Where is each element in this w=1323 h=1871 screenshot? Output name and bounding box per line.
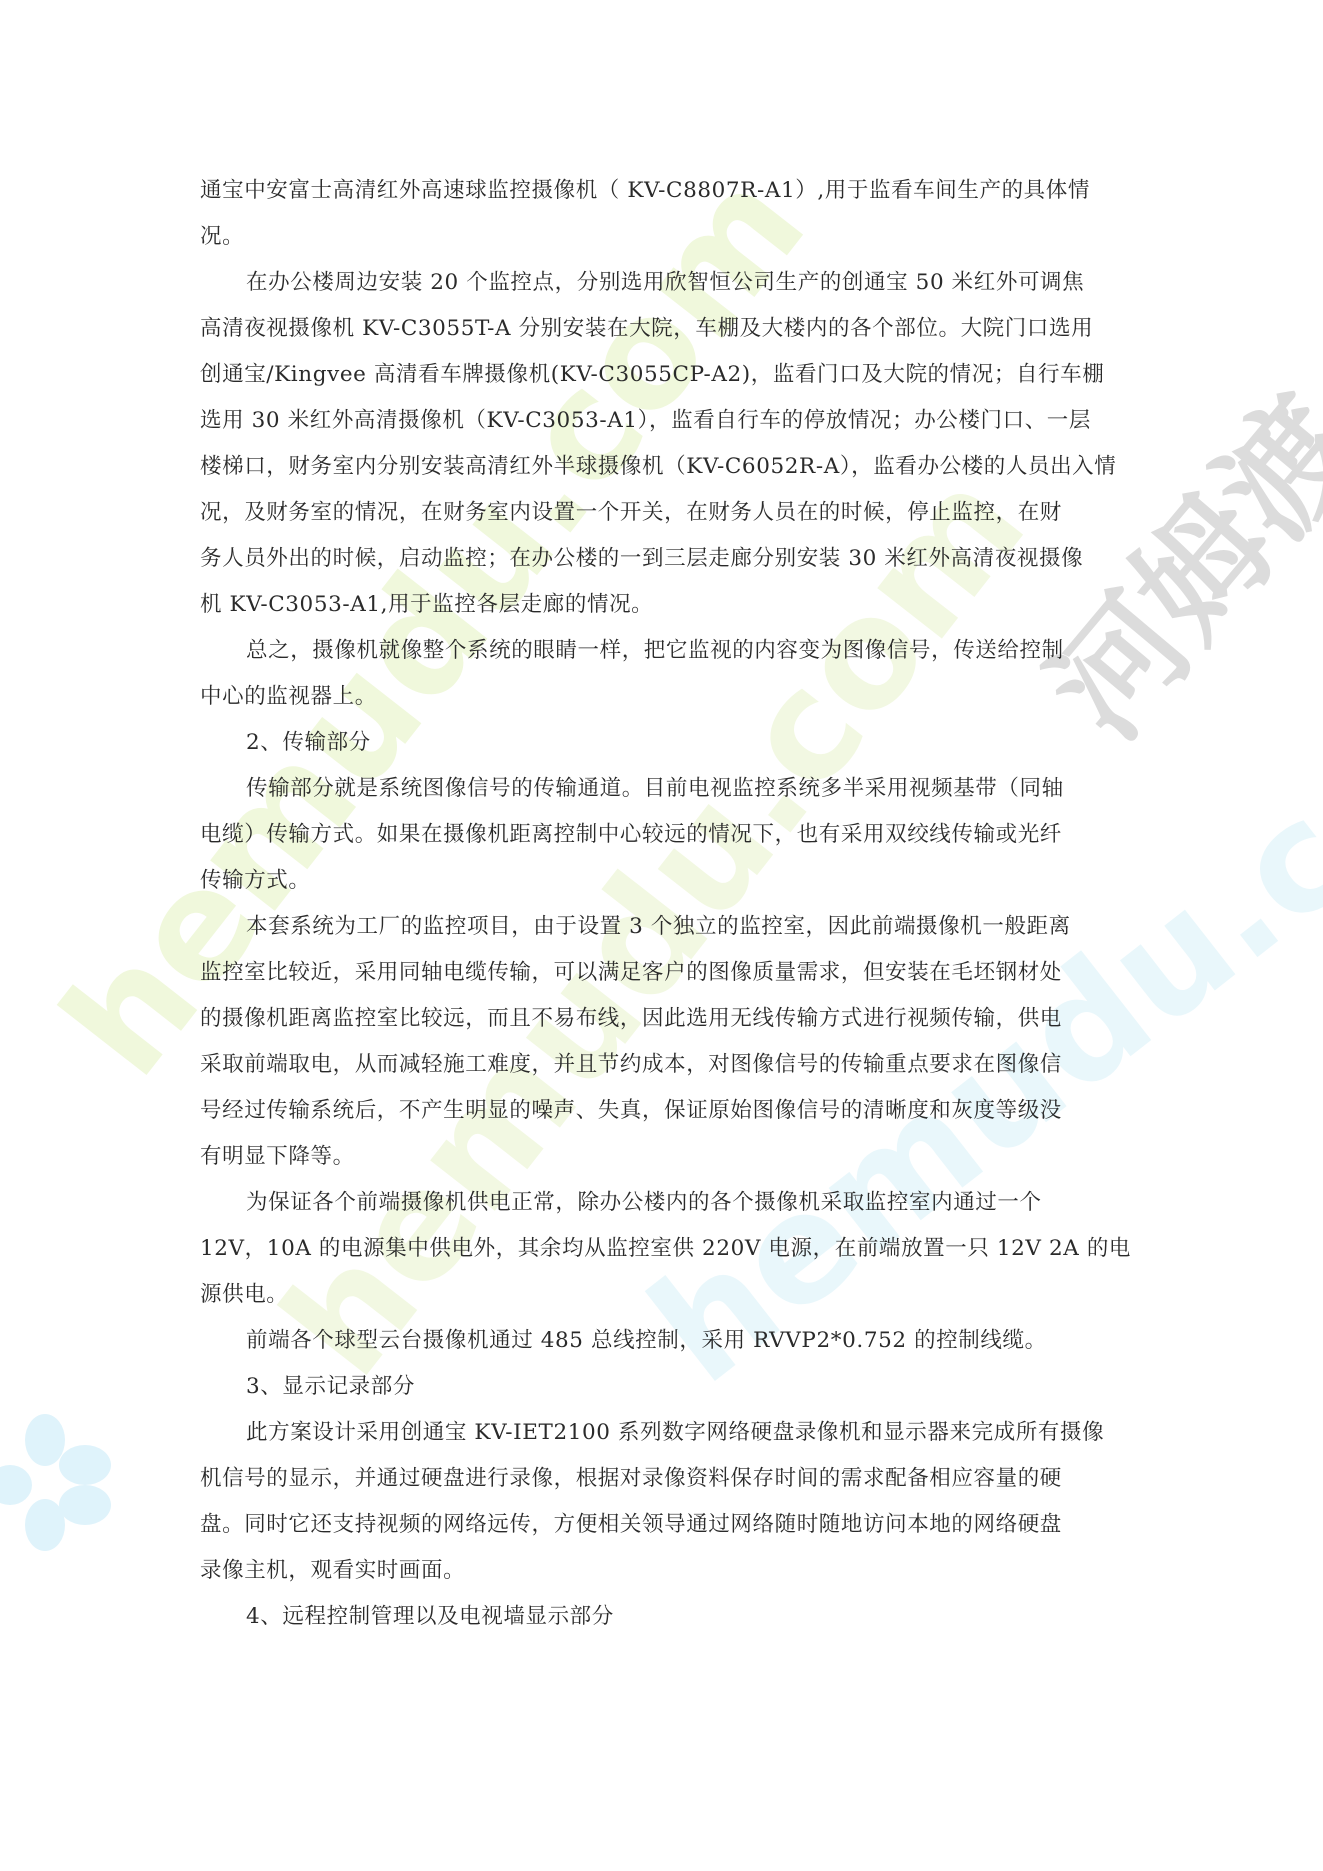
- document-page: 通宝中安富士高清红外高速球监控摄像机（ KV-C8807R-A1）,用于监看车间…: [0, 0, 1323, 1871]
- paragraph-start: 为保证各个前端摄像机供电正常，除办公楼内的各个摄像机采取监控室内通过一个: [246, 1188, 1042, 1218]
- text-line: 监控室比较近，采用同轴电缆传输，可以满足客户的图像质量需求，但安装在毛坯钢材处: [200, 958, 1062, 988]
- text-line: 12V，10A 的电源集中供电外，其余均从监控室供 220V 电源，在前端放置一…: [200, 1234, 1131, 1264]
- text-line: 务人员外出的时候，启动监控；在办公楼的一到三层走廊分别安装 30 米红外高清夜视…: [200, 544, 1083, 574]
- section-heading: 3、显示记录部分: [246, 1372, 415, 1402]
- text-line: 况，及财务室的情况，在财务室内设置一个开关，在财务人员在的时候，停止监控，在财: [200, 498, 1062, 528]
- text-line: 况。: [200, 222, 244, 252]
- text-line: 录像主机，观看实时画面。: [200, 1556, 465, 1586]
- section-heading: 4、远程控制管理以及电视墙显示部分: [246, 1602, 614, 1632]
- text-line: 采取前端取电，从而减轻施工难度，并且节约成本，对图像信号的传输重点要求在图像信: [200, 1050, 1062, 1080]
- text-line: 机信号的显示，并通过硬盘进行录像，根据对录像资料保存时间的需求配备相应容量的硬: [200, 1464, 1062, 1494]
- text-line: 选用 30 米红外高清摄像机（KV-C3053-A1），监看自行车的停放情况；办…: [200, 406, 1091, 436]
- paragraph-start: 传输部分就是系统图像信号的传输通道。目前电视监控系统多半采用视频基带（同轴: [246, 774, 1064, 804]
- text-line: 传输方式。: [200, 866, 311, 896]
- text-line: 创通宝/Kingvee 高清看车牌摄像机(KV-C3055CP-A2)，监看门口…: [200, 360, 1104, 390]
- text-line: 楼梯口，财务室内分别安装高清红外半球摄像机（KV-C6052R-A），监看办公楼…: [200, 452, 1116, 482]
- text-line: 源供电。: [200, 1280, 288, 1310]
- text-line: 机 KV-C3053-A1,用于监控各层走廊的情况。: [200, 590, 653, 620]
- paragraph-start: 总之，摄像机就像整个系统的眼睛一样，把它监视的内容变为图像信号，传送给控制: [246, 636, 1064, 666]
- text-line: 盘。同时它还支持视频的网络远传，方便相关领导通过网络随时随地访问本地的网络硬盘: [200, 1510, 1062, 1540]
- paragraph-start: 此方案设计采用创通宝 KV-IET2100 系列数字网络硬盘录像机和显示器来完成…: [246, 1418, 1104, 1448]
- text-line: 中心的监视器上。: [200, 682, 377, 712]
- text-line: 高清夜视摄像机 KV-C3055T-A 分别安装在大院，车棚及大楼内的各个部位。…: [200, 314, 1093, 344]
- paragraph-start: 在办公楼周边安装 20 个监控点，分别选用欣智恒公司生产的创通宝 50 米红外可…: [246, 268, 1084, 298]
- paragraph-start: 前端各个球型云台摄像机通过 485 总线控制，采用 RVVP2*0.752 的控…: [246, 1326, 1047, 1356]
- text-line: 通宝中安富士高清红外高速球监控摄像机（ KV-C8807R-A1）,用于监看车间…: [200, 176, 1090, 206]
- text-line: 号经过传输系统后，不产生明显的噪声、失真，保证原始图像信号的清晰度和灰度等级没: [200, 1096, 1062, 1126]
- section-heading: 2、传输部分: [246, 728, 371, 758]
- text-line: 的摄像机距离监控室比较远，而且不易布线，因此选用无线传输方式进行视频传输，供电: [200, 1004, 1062, 1034]
- text-line: 电缆）传输方式。如果在摄像机距离控制中心较远的情况下，也有采用双绞线传输或光纤: [200, 820, 1062, 850]
- paragraph-start: 本套系统为工厂的监控项目，由于设置 3 个独立的监控室，因此前端摄像机一般距离: [246, 912, 1071, 942]
- text-line: 有明显下降等。: [200, 1142, 355, 1172]
